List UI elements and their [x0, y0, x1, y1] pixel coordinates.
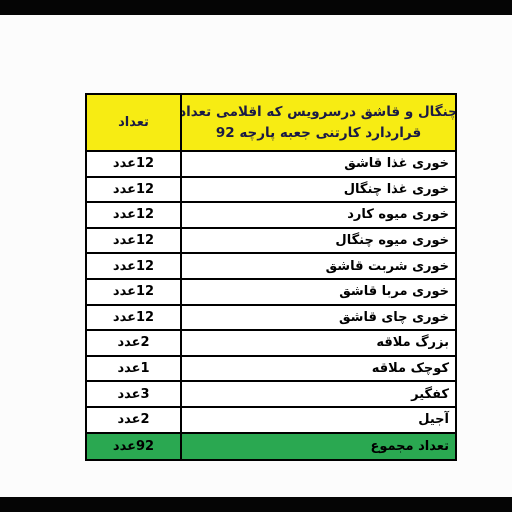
count-cell: 2عدد — [87, 331, 182, 355]
total-row: 92عدد مجموع‎ تعداد — [87, 432, 455, 459]
count-cell: 12عدد — [87, 280, 182, 304]
table-header-row: تعداد تعداد‎ اقلامی‎ که‎ درسرویس‎ قاشق‎ … — [87, 95, 455, 150]
count-cell: 1عدد — [87, 357, 182, 381]
table-row: 12عدد چنگال‎ میوه‎ خوری — [87, 227, 455, 253]
table-row: 2عدد ملاقه‎ بزرگ — [87, 329, 455, 355]
count-cell: 12عدد — [87, 306, 182, 330]
item-cell: قاشق‎ غذا‎ خوری — [182, 152, 455, 176]
table-row: 1عدد ملاقه‎ کوچک — [87, 355, 455, 381]
table-row: 12عدد قاشق‎ شربت‎ خوری — [87, 252, 455, 278]
table-title-line2: 92‎ پارچه‎ جعبه‎ کارتنی‎ قراردارد — [216, 123, 421, 144]
count-cell: 12عدد — [87, 203, 182, 227]
table-row: 12عدد کارد‎ میوه‎ خوری — [87, 201, 455, 227]
count-cell: 12عدد — [87, 229, 182, 253]
table-row: 12عدد چنگال‎ غذا‎ خوری — [87, 176, 455, 202]
item-cell: چنگال‎ میوه‎ خوری — [182, 229, 455, 253]
page-background: تعداد تعداد‎ اقلامی‎ که‎ درسرویس‎ قاشق‎ … — [0, 15, 512, 497]
total-count-cell: 92عدد — [87, 434, 182, 459]
top-black-bar — [0, 0, 512, 15]
item-cell: چنگال‎ غذا‎ خوری — [182, 178, 455, 202]
count-cell: 12عدد — [87, 254, 182, 278]
item-cell: آجیل — [182, 408, 455, 432]
item-cell: قاشق‎ شربت‎ خوری — [182, 254, 455, 278]
item-cell: قاشق‎ چای‎ خوری — [182, 306, 455, 330]
item-cell: ملاقه‎ کوچک — [182, 357, 455, 381]
table-title-line1: تعداد‎ اقلامی‎ که‎ درسرویس‎ قاشق‎ و‎ چنگ… — [182, 102, 455, 123]
item-cell: قاشق‎ مربا‎ خوری — [182, 280, 455, 304]
bottom-black-bar — [0, 497, 512, 512]
table-row: 12عدد قاشق‎ چای‎ خوری — [87, 304, 455, 330]
count-cell: 2عدد — [87, 408, 182, 432]
item-cell: کارد‎ میوه‎ خوری — [182, 203, 455, 227]
table-row: 12عدد قاشق‎ غذا‎ خوری — [87, 150, 455, 176]
table-row: 12عدد قاشق‎ مربا‎ خوری — [87, 278, 455, 304]
table-title: تعداد‎ اقلامی‎ که‎ درسرویس‎ قاشق‎ و‎ چنگ… — [182, 95, 455, 150]
items-table: تعداد تعداد‎ اقلامی‎ که‎ درسرویس‎ قاشق‎ … — [85, 93, 457, 461]
count-cell: 3عدد — [87, 382, 182, 406]
table-row: 2عدد آجیل — [87, 406, 455, 432]
count-cell: 12عدد — [87, 178, 182, 202]
count-cell: 12عدد — [87, 152, 182, 176]
item-cell: کفگیر — [182, 382, 455, 406]
table-row: 3عدد کفگیر — [87, 380, 455, 406]
total-label-cell: مجموع‎ تعداد — [182, 434, 455, 459]
item-cell: ملاقه‎ بزرگ — [182, 331, 455, 355]
count-column-header: تعداد — [87, 95, 182, 150]
